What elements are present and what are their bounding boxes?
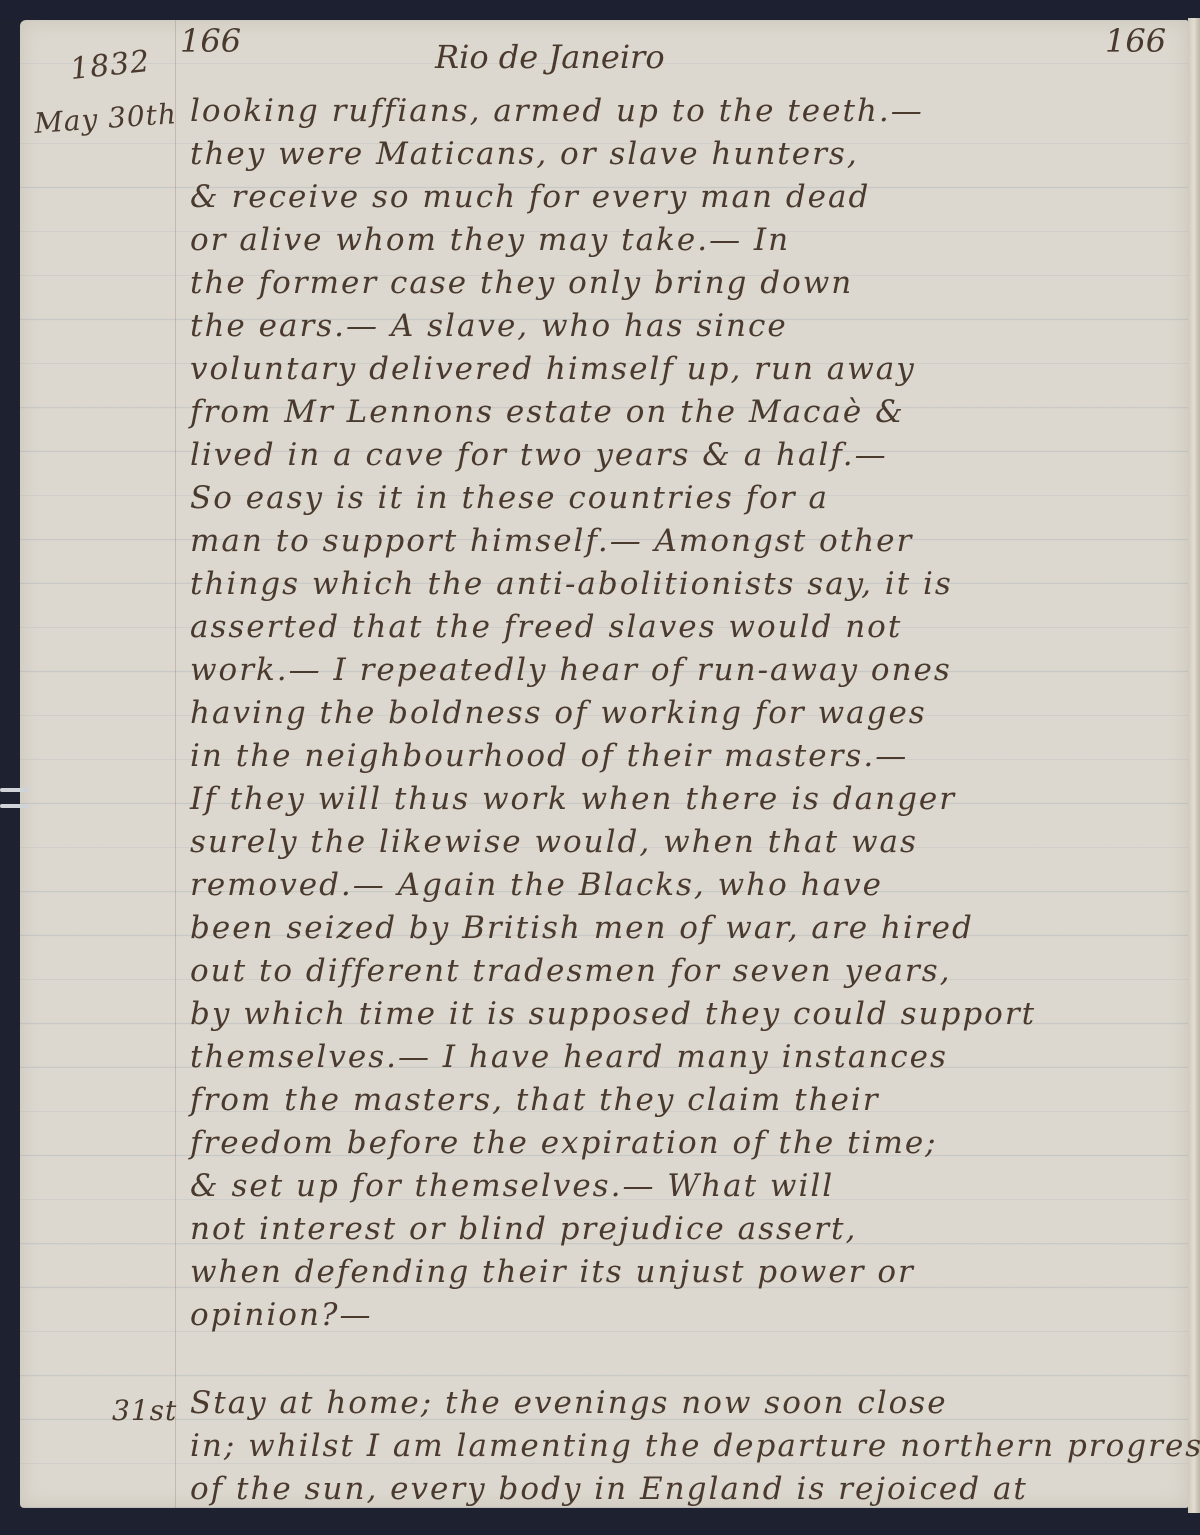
- page-number-left: 166: [180, 22, 241, 60]
- text-line: they were Maticans, or slave hunters,: [190, 133, 1170, 176]
- clip-bar: [0, 804, 30, 808]
- text-line: & set up for themselves.— What will: [190, 1165, 1170, 1208]
- text-line: So easy is it in these countries for a: [190, 477, 1170, 520]
- text-line: in; whilst I am lamenting the departure …: [190, 1425, 1170, 1468]
- text-line: asserted that the freed slaves would not: [190, 606, 1170, 649]
- text-line: been seized by British men of war, are h…: [190, 907, 1170, 950]
- margin-rule: [175, 20, 176, 1508]
- page-number-right: 166: [1105, 22, 1166, 60]
- text-line: surely the likewise would, when that was: [190, 821, 1170, 864]
- text-line: man to support himself.— Amongst other: [190, 520, 1170, 563]
- text-line: from the masters, that they claim their: [190, 1079, 1170, 1122]
- text-line: things which the anti-abolitionists say,…: [190, 563, 1170, 606]
- text-line: out to different tradesmen for seven yea…: [190, 950, 1170, 993]
- text-line: from Mr Lennons estate on the Macaè &: [190, 391, 1170, 434]
- text-line: freedom before the expiration of the tim…: [190, 1122, 1170, 1165]
- text-line: or alive whom they may take.— In: [190, 219, 1170, 262]
- text-line: lived in a cave for two years & a half.—: [190, 434, 1170, 477]
- text-line: work.— I repeatedly hear of run-away one…: [190, 649, 1170, 692]
- entry-may-30: looking ruffians, armed up to the teeth.…: [190, 90, 1170, 1337]
- scan-backdrop: [0, 0, 1200, 20]
- text-line: not interest or blind prejudice assert,: [190, 1208, 1170, 1251]
- text-line: opinion?—: [190, 1294, 1170, 1337]
- text-line: in the neighbourhood of their masters.—: [190, 735, 1170, 778]
- text-line: removed.— Again the Blacks, who have: [190, 864, 1170, 907]
- text-line: the former case they only bring down: [190, 262, 1170, 305]
- text-line: of the sun, every body in England is rej…: [190, 1468, 1170, 1511]
- text-line: & receive so much for every man dead: [190, 176, 1170, 219]
- text-line: themselves.— I have heard many instances: [190, 1036, 1170, 1079]
- text-line: having the boldness of working for wages: [190, 692, 1170, 735]
- page-title: Rio de Janeiro: [435, 38, 665, 76]
- text-line: by which time it is supposed they could …: [190, 993, 1170, 1036]
- clip-bar: [0, 788, 30, 792]
- binding-clip-icon: [0, 780, 30, 818]
- text-line: looking ruffians, armed up to the teeth.…: [190, 90, 1170, 133]
- entry-may-31: Stay at home; the evenings now soon clos…: [190, 1382, 1170, 1511]
- margin-date-next: 31st: [112, 1394, 177, 1427]
- text-line: the ears.— A slave, who has since: [190, 305, 1170, 348]
- text-line: when defending their its unjust power or: [190, 1251, 1170, 1294]
- page-stack-edge: [1188, 18, 1200, 1513]
- text-line: If they will thus work when there is dan…: [190, 778, 1170, 821]
- text-line: voluntary delivered himself up, run away: [190, 348, 1170, 391]
- text-line: Stay at home; the evenings now soon clos…: [190, 1382, 1170, 1425]
